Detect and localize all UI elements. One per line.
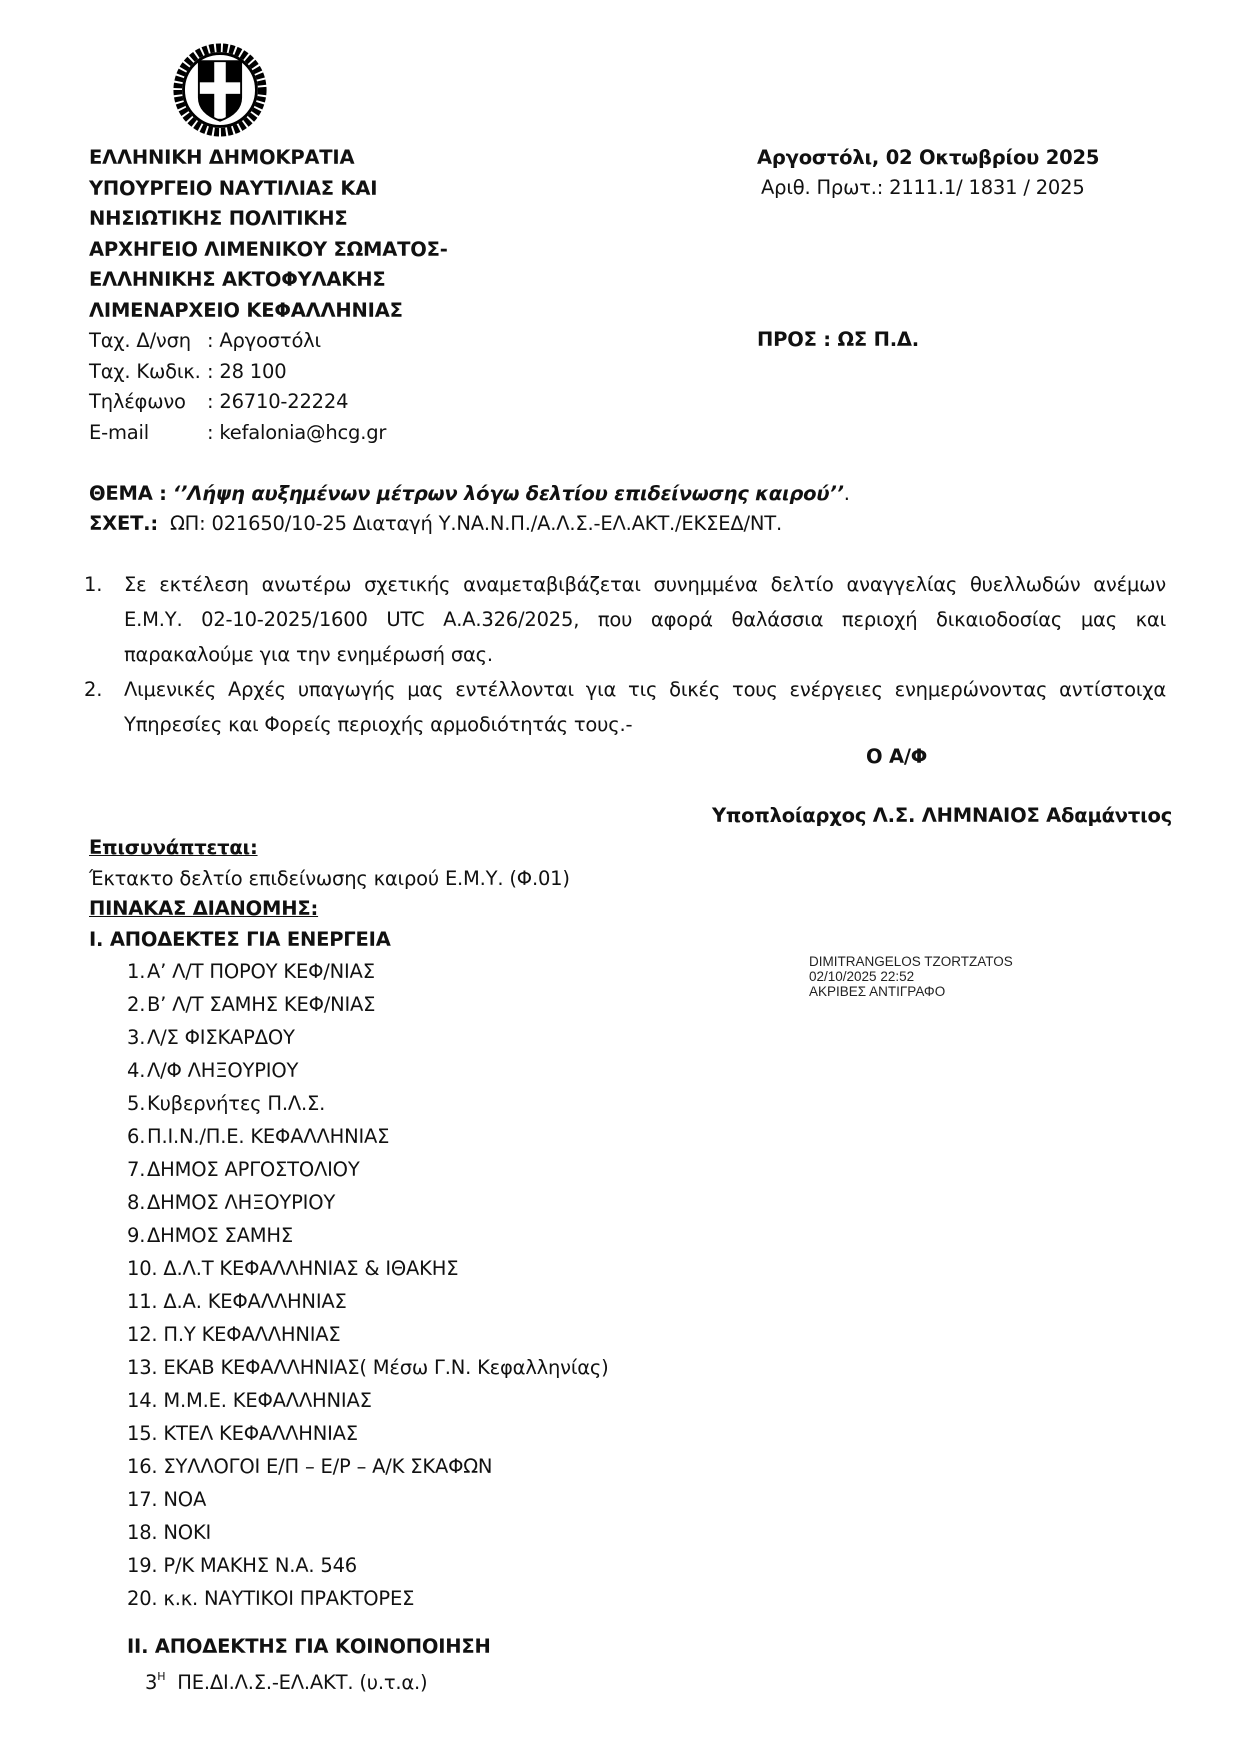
cc-recipients-title: ΙΙ. ΑΠΟΔΕΚΤΗΣ ΓΙΑ ΚΟΙΝΟΠΟΙΗΣΗ	[127, 1632, 491, 1662]
action-recipients-list: 1.Α’ Λ/Τ ΠΟΡΟΥ ΚΕΦ/ΝΙΑΣ2.Β’ Λ/Τ ΣΑΜΗΣ ΚΕ…	[127, 955, 609, 1615]
item-number: 10.	[127, 1252, 157, 1285]
distribution-item: 1.Α’ Λ/Τ ΠΟΡΟΥ ΚΕΦ/ΝΙΑΣ	[127, 955, 609, 988]
item-text: ΝΟΚΙ	[163, 1516, 211, 1549]
recipient: ΠΡΟΣ : ΩΣ Π.Δ.	[757, 325, 919, 355]
contact-email: E-mail : kefalonia@hcg.gr	[89, 418, 448, 449]
contact-postcode: Ταχ. Κωδικ. : 28 100	[89, 357, 448, 388]
contact-label: E-mail	[89, 418, 207, 449]
subject-text: ‘’Λήψη αυξημένων μέτρων λόγω δελτίου επι…	[173, 482, 844, 505]
item-text: ΝΟΑ	[163, 1483, 206, 1516]
cc-recipient: 3Η ΠΕ.ΔΙ.Λ.Σ.-ΕΛ.ΑΚΤ. (υ.τ.α.)	[145, 1662, 427, 1698]
digital-signature-stamp: DIMITRANGELOS TZORTZATOS 02/10/2025 22:5…	[809, 954, 1013, 999]
paragraph-number: 1.	[80, 567, 124, 672]
attachment-label: Επισυνάπτεται:	[89, 833, 570, 864]
attachment-block: Επισυνάπτεται: Έκτακτο δελτίο επιδείνωση…	[89, 833, 570, 955]
paragraph-number: 2.	[80, 672, 124, 742]
issuer-line: ΥΠΟΥΡΓΕΙΟ ΝΑΥΤΙΛΙΑΣ ΚΑΙ	[89, 174, 448, 205]
body-paragraphs: 1. Σε εκτέλεση ανωτέρω σχετικής αναμεταβ…	[80, 567, 1166, 742]
item-text: Λ/Σ ΦΙΣΚΑΡΔΟΥ	[147, 1021, 295, 1054]
item-number: 7.	[127, 1153, 147, 1186]
distribution-item: 8.ΔΗΜΟΣ ΛΗΞΟΥΡΙΟΥ	[127, 1186, 609, 1219]
cc-superscript: Η	[157, 1670, 165, 1683]
cc-number: 3	[145, 1671, 157, 1694]
reference-label: ΣΧΕΤ.:	[89, 512, 158, 535]
item-text: Μ.Μ.Ε. ΚΕΦΑΛΛΗΝΙΑΣ	[163, 1384, 371, 1417]
item-number: 20.	[127, 1582, 157, 1615]
distribution-item: 2.Β’ Λ/Τ ΣΑΜΗΣ ΚΕΦ/ΝΙΑΣ	[127, 988, 609, 1021]
paragraph-2: 2. Λιμενικές Αρχές υπαγωγής μας εντέλλον…	[80, 672, 1166, 742]
subject-block: ΘΕΜΑ : ‘’Λήψη αυξημένων μέτρων λόγω δελτ…	[89, 479, 850, 539]
item-text: Λ/Φ ΛΗΞΟΥΡΙΟΥ	[147, 1054, 298, 1087]
item-number: 19.	[127, 1549, 157, 1582]
paragraph-text: Σε εκτέλεση ανωτέρω σχετικής αναμεταβιβά…	[124, 567, 1166, 672]
item-number: 14.	[127, 1384, 157, 1417]
contact-label: Ταχ. Δ/νση	[89, 326, 207, 357]
item-number: 16.	[127, 1450, 157, 1483]
item-number: 6.	[127, 1120, 147, 1153]
distribution-item: 16.ΣΥΛΛΟΓΟΙ Ε/Π – Ε/Ρ – Α/Κ ΣΚΑΦΩΝ	[127, 1450, 609, 1483]
item-text: Β’ Λ/Τ ΣΑΜΗΣ ΚΕΦ/ΝΙΑΣ	[147, 988, 375, 1021]
signature-name: Υποπλοίαρχος Λ.Σ. ΛΗΜΝΑΙΟΣ Αδαμάντιος	[712, 801, 1172, 831]
distribution-item: 14.Μ.Μ.Ε. ΚΕΦΑΛΛΗΝΙΑΣ	[127, 1384, 609, 1417]
document-page: ΕΛΛΗΝΙΚΗ ΔΗΜΟΚΡΑΤΙΑ ΥΠΟΥΡΓΕΙΟ ΝΑΥΤΙΛΙΑΣ …	[0, 0, 1241, 1754]
distribution-item: 4.Λ/Φ ΛΗΞΟΥΡΙΟΥ	[127, 1054, 609, 1087]
signature-title: Ο Α/Φ	[866, 742, 927, 772]
item-text: ΣΥΛΛΟΓΟΙ Ε/Π – Ε/Ρ – Α/Κ ΣΚΑΦΩΝ	[163, 1450, 492, 1483]
distribution-item: 19.Ρ/Κ ΜΑΚΗΣ Ν.Α. 546	[127, 1549, 609, 1582]
item-number: 15.	[127, 1417, 157, 1450]
contact-value: : Αργοστόλι	[207, 326, 321, 357]
attachment-item: Έκτακτο δελτίο επιδείνωσης καιρού Ε.Μ.Υ.…	[89, 864, 570, 895]
contact-phone: Τηλέφωνο : 26710-22224	[89, 387, 448, 418]
protocol-number: Αριθ. Πρωτ.: 2111.1/ 1831 / 2025	[761, 173, 1085, 203]
place-date: Αργοστόλι, 02 Οκτωβρίου 2025	[757, 143, 1099, 173]
item-text: ΕΚΑΒ ΚΕΦΑΛΛΗΝΙΑΣ( Μέσω Γ.Ν. Κεφαλληνίας)	[163, 1351, 608, 1384]
distribution-item: 11.Δ.Α. ΚΕΦΑΛΛΗΝΙΑΣ	[127, 1285, 609, 1318]
stamp-note: ΑΚΡΙΒΕΣ ΑΝΤΙΓΡΑΦΟ	[809, 984, 1013, 999]
distribution-item: 18.ΝΟΚΙ	[127, 1516, 609, 1549]
item-text: Ρ/Κ ΜΑΚΗΣ Ν.Α. 546	[163, 1549, 357, 1582]
issuer-line: ΕΛΛΗΝΙΚΗΣ ΑΚΤΟΦΥΛΑΚΗΣ	[89, 265, 448, 296]
distribution-title: ΠΙΝΑΚΑΣ ΔΙΑΝΟΜΗΣ:	[89, 894, 570, 925]
cc-text: ΠΕ.ΔΙ.Λ.Σ.-ΕΛ.ΑΚΤ. (υ.τ.α.)	[177, 1671, 427, 1694]
action-recipients-title: Ι. ΑΠΟΔΕΚΤΕΣ ΓΙΑ ΕΝΕΡΓΕΙΑ	[89, 925, 570, 956]
contact-value: : 26710-22224	[207, 387, 348, 418]
item-number: 8.	[127, 1186, 147, 1219]
item-text: Α’ Λ/Τ ΠΟΡΟΥ ΚΕΦ/ΝΙΑΣ	[147, 955, 375, 988]
stamp-signer: DIMITRANGELOS TZORTZATOS	[809, 954, 1013, 969]
item-number: 1.	[127, 955, 147, 988]
distribution-item: 20.κ.κ. ΝΑΥΤΙΚΟΙ ΠΡΑΚΤΟΡΕΣ	[127, 1582, 609, 1615]
item-text: ΔΗΜΟΣ ΑΡΓΟΣΤΟΛΙΟΥ	[147, 1153, 360, 1186]
item-text: Π.Υ ΚΕΦΑΛΛΗΝΙΑΣ	[163, 1318, 340, 1351]
distribution-item: 12.Π.Υ ΚΕΦΑΛΛΗΝΙΑΣ	[127, 1318, 609, 1351]
paragraph-text: Λιμενικές Αρχές υπαγωγής μας εντέλλονται…	[124, 672, 1166, 742]
issuer-block: ΕΛΛΗΝΙΚΗ ΔΗΜΟΚΡΑΤΙΑ ΥΠΟΥΡΓΕΙΟ ΝΑΥΤΙΛΙΑΣ …	[89, 143, 448, 448]
reference-text: ΩΠ: 021650/10-25 Διαταγή Υ.ΝΑ.Ν.Π./Α.Λ.Σ…	[170, 512, 782, 535]
item-number: 18.	[127, 1516, 157, 1549]
item-number: 13.	[127, 1351, 157, 1384]
contact-value: : 28 100	[207, 357, 286, 388]
item-number: 5.	[127, 1087, 147, 1120]
distribution-item: 3.Λ/Σ ΦΙΣΚΑΡΔΟΥ	[127, 1021, 609, 1054]
issuer-line: ΕΛΛΗΝΙΚΗ ΔΗΜΟΚΡΑΤΙΑ	[89, 143, 448, 174]
item-number: 12.	[127, 1318, 157, 1351]
subject-line: ΘΕΜΑ : ‘’Λήψη αυξημένων μέτρων λόγω δελτ…	[89, 479, 850, 509]
issuer-line: ΛΙΜΕΝΑΡΧΕΙΟ ΚΕΦΑΛΛΗΝΙΑΣ	[89, 296, 448, 327]
item-number: 9.	[127, 1219, 147, 1252]
distribution-item: 5.Κυβερνήτες Π.Λ.Σ.	[127, 1087, 609, 1120]
contact-label: Τηλέφωνο	[89, 387, 207, 418]
subject-label: ΘΕΜΑ :	[89, 482, 167, 505]
contact-value: : kefalonia@hcg.gr	[207, 418, 386, 449]
item-number: 17.	[127, 1483, 157, 1516]
issuer-line: ΝΗΣΙΩΤΙΚΗΣ ΠΟΛΙΤΙΚΗΣ	[89, 204, 448, 235]
contact-label: Ταχ. Κωδικ.	[89, 357, 207, 388]
item-number: 4.	[127, 1054, 147, 1087]
distribution-item: 10.Δ.Λ.Τ ΚΕΦΑΛΛΗΝΙΑΣ & ΙΘΑΚΗΣ	[127, 1252, 609, 1285]
issuer-line: ΑΡΧΗΓΕΙΟ ΛΙΜΕΝΙΚΟΥ ΣΩΜΑΤΟΣ-	[89, 235, 448, 266]
paragraph-1: 1. Σε εκτέλεση ανωτέρω σχετικής αναμεταβ…	[80, 567, 1166, 672]
subject-end: .	[844, 482, 850, 505]
item-text: Δ.Α. ΚΕΦΑΛΛΗΝΙΑΣ	[163, 1285, 346, 1318]
item-text: Π.Ι.Ν./Π.Ε. ΚΕΦΑΛΛΗΝΙΑΣ	[147, 1120, 389, 1153]
distribution-item: 17.ΝΟΑ	[127, 1483, 609, 1516]
contact-address: Ταχ. Δ/νση : Αργοστόλι	[89, 326, 448, 357]
item-text: Δ.Λ.Τ ΚΕΦΑΛΛΗΝΙΑΣ & ΙΘΑΚΗΣ	[163, 1252, 458, 1285]
distribution-item: 6.Π.Ι.Ν./Π.Ε. ΚΕΦΑΛΛΗΝΙΑΣ	[127, 1120, 609, 1153]
item-number: 2.	[127, 988, 147, 1021]
stamp-datetime: 02/10/2025 22:52	[809, 969, 1013, 984]
distribution-item: 13.ΕΚΑΒ ΚΕΦΑΛΛΗΝΙΑΣ( Μέσω Γ.Ν. Κεφαλληνί…	[127, 1351, 609, 1384]
reference-line: ΣΧΕΤ.: ΩΠ: 021650/10-25 Διαταγή Υ.ΝΑ.Ν.Π…	[89, 509, 850, 539]
distribution-item: 7.ΔΗΜΟΣ ΑΡΓΟΣΤΟΛΙΟΥ	[127, 1153, 609, 1186]
distribution-item: 15.ΚΤΕΛ ΚΕΦΑΛΛΗΝΙΑΣ	[127, 1417, 609, 1450]
item-number: 11.	[127, 1285, 157, 1318]
item-number: 3.	[127, 1021, 147, 1054]
greek-coat-of-arms-icon	[172, 42, 268, 138]
item-text: ΚΤΕΛ ΚΕΦΑΛΛΗΝΙΑΣ	[163, 1417, 358, 1450]
item-text: ΔΗΜΟΣ ΛΗΞΟΥΡΙΟΥ	[147, 1186, 335, 1219]
distribution-item: 9.ΔΗΜΟΣ ΣΑΜΗΣ	[127, 1219, 609, 1252]
item-text: Κυβερνήτες Π.Λ.Σ.	[147, 1087, 325, 1120]
item-text: κ.κ. ΝΑΥΤΙΚΟΙ ΠΡΑΚΤΟΡΕΣ	[163, 1582, 414, 1615]
item-text: ΔΗΜΟΣ ΣΑΜΗΣ	[147, 1219, 293, 1252]
